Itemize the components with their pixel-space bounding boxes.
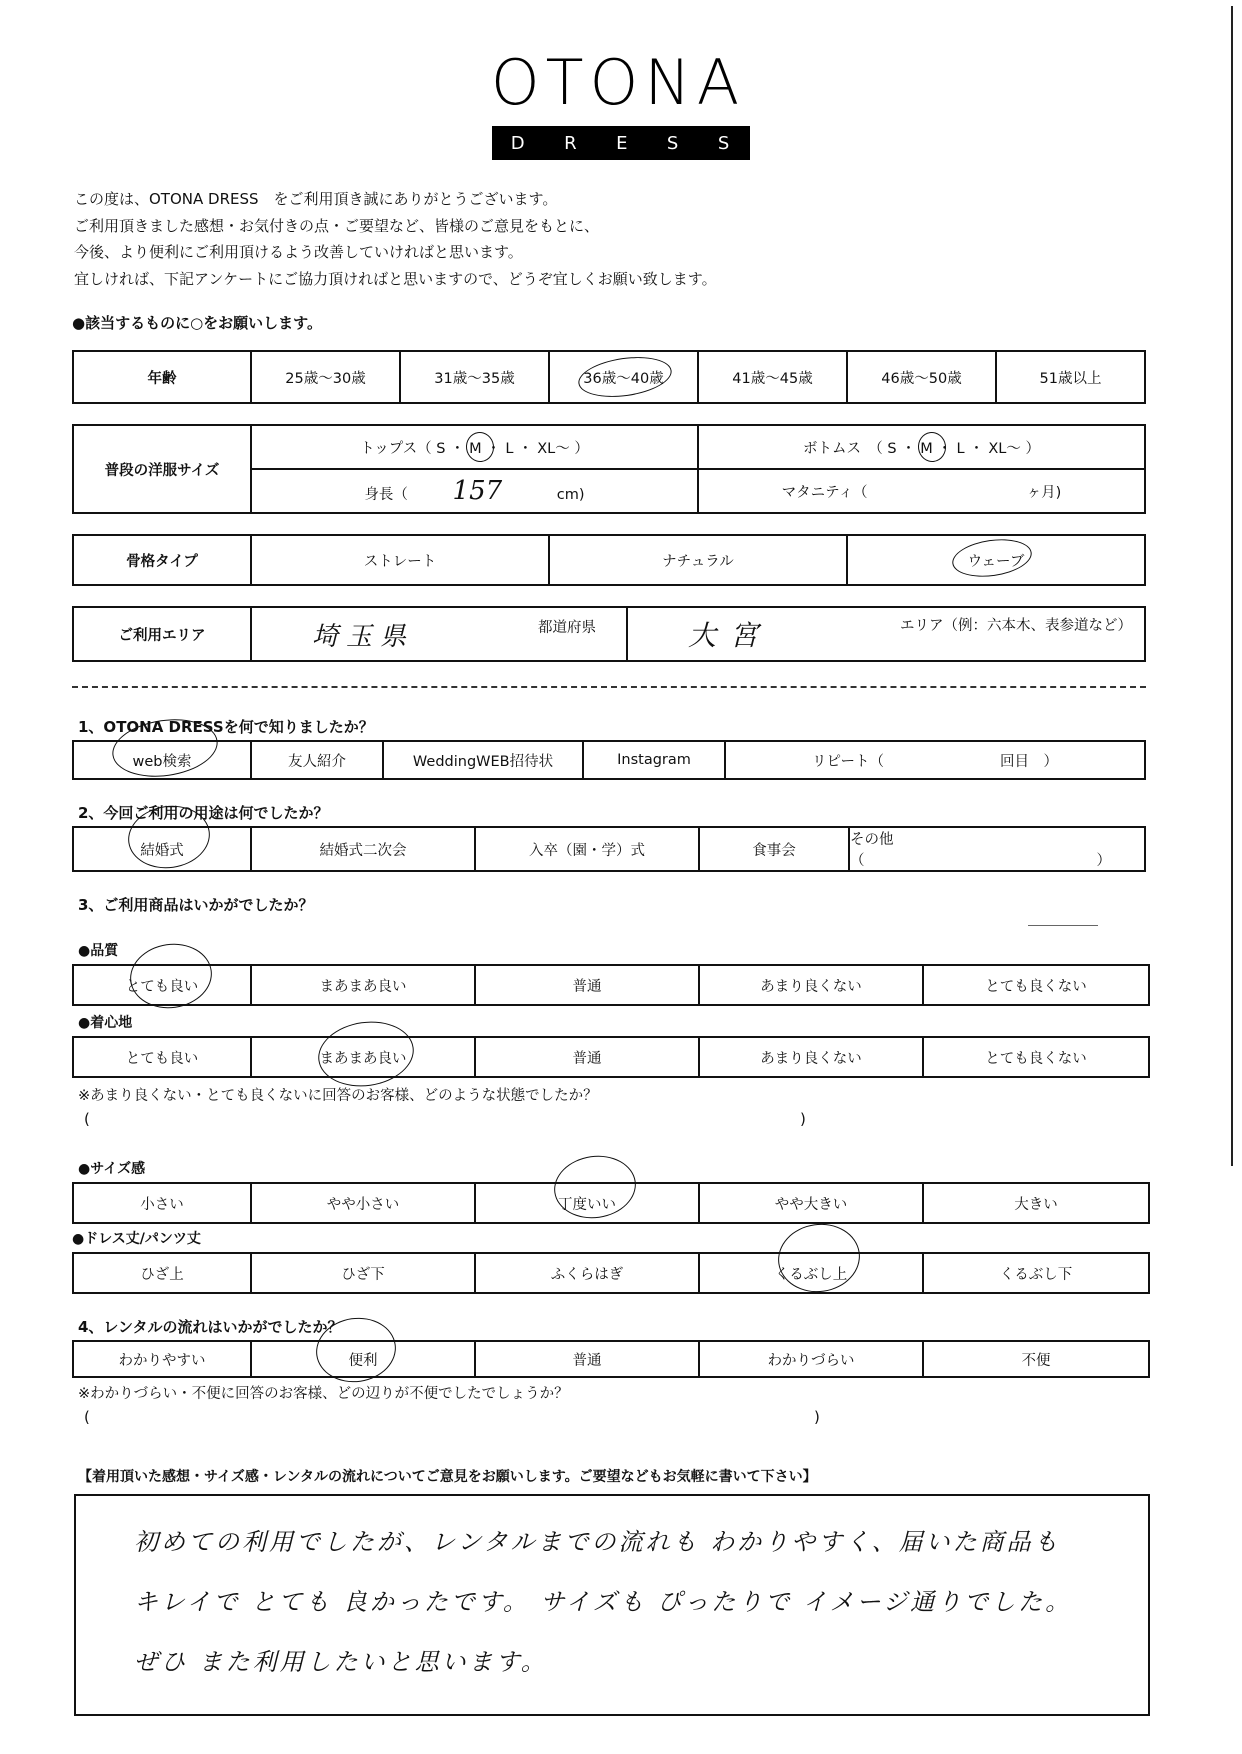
q2-option[interactable]: 結婚式二次会 xyxy=(251,827,475,871)
frame-option[interactable]: ストレート xyxy=(251,535,549,585)
frame-type-label: 骨格タイプ xyxy=(73,535,251,585)
fit-option[interactable]: やや大きい xyxy=(699,1183,923,1223)
comments-heading: 【着用頂いた感想・サイズ感・レンタルの流れについてご意見をお願いします。ご要望な… xyxy=(78,1466,817,1486)
intro-line: 宜しければ、下記アンケートにご協力頂ければと思いますので、どうぞ宜しくお願い致し… xyxy=(74,266,717,293)
comment-line: 初めての利用でしたが、レンタルまでの流れも わかりやすく、届いた商品も xyxy=(134,1522,1061,1557)
instruction-heading: ●該当するものに○をお願いします。 xyxy=(72,312,322,333)
q4-option[interactable]: わかりづらい xyxy=(699,1341,923,1377)
quality-label: ●品質 xyxy=(78,940,118,960)
q4-followup-answer[interactable] xyxy=(100,1408,800,1430)
q1-options-table: web検索 友人紹介 WeddingWEB招待状 Instagram リピート（… xyxy=(72,740,1146,780)
paren-close: ) xyxy=(800,1110,806,1128)
length-option[interactable]: ふくらはぎ xyxy=(475,1253,699,1293)
prefecture-value[interactable]: 埼玉県 xyxy=(312,622,414,652)
fit-label: ●サイズ感 xyxy=(78,1158,145,1178)
section-divider xyxy=(72,686,1146,688)
q3-followup-answer[interactable] xyxy=(100,1110,790,1132)
length-table: ひざ上 ひざ下 ふくらはぎ くるぶし上 くるぶし下 xyxy=(72,1252,1150,1294)
logo-letter: R xyxy=(564,133,579,154)
page-edge-line xyxy=(1231,6,1233,1166)
age-option[interactable]: 31歳～35歳 xyxy=(400,351,549,403)
q4-option[interactable]: 不便 xyxy=(923,1341,1149,1377)
intro-line: ご利用頂きました感想・お気付きの点・ご要望など、皆様のご意見をもとに、 xyxy=(74,213,717,240)
q2-question: 2、今回ご利用の用途は何でしたか？ xyxy=(78,802,328,823)
q1-option[interactable]: Instagram xyxy=(583,741,725,779)
comment-line: ぜひ また利用したいと思います。 xyxy=(134,1642,548,1677)
maternity-field[interactable]: マタニティ（ ヶ月) xyxy=(698,469,1145,513)
age-option[interactable]: 41歳～45歳 xyxy=(698,351,847,403)
q4-followup-note: ※わかりづらい・不便に回答のお客様、どの辺りが不便でしたでしょうか？ xyxy=(78,1382,569,1403)
age-option[interactable]: 51歳以上 xyxy=(996,351,1145,403)
paren-open: ( xyxy=(84,1408,90,1426)
fit-option[interactable]: 大きい xyxy=(923,1183,1149,1223)
logo-letter: S xyxy=(667,133,680,154)
q2-option-selected[interactable]: 結婚式 xyxy=(73,827,251,871)
area-field[interactable]: 大宮 エリア（例：六本木、表参道など） xyxy=(627,607,1145,661)
length-option[interactable]: くるぶし下 xyxy=(923,1253,1149,1293)
length-option[interactable]: ひざ下 xyxy=(251,1253,475,1293)
area-suffix: エリア（例：六本木、表参道など） xyxy=(900,614,1132,635)
q4-options-table: わかりやすい 便利 普通 わかりづらい 不便 xyxy=(72,1340,1150,1378)
age-option-selected[interactable]: 36歳～40歳 xyxy=(549,351,698,403)
q4-option-selected[interactable]: 便利 xyxy=(251,1341,475,1377)
paren-close: ) xyxy=(814,1408,820,1426)
comfort-option[interactable]: とても良くない xyxy=(923,1037,1149,1077)
quality-table: とても良い まあまあ良い 普通 あまり良くない とても良くない xyxy=(72,964,1150,1006)
paren-open: ( xyxy=(84,1110,90,1128)
q2-option[interactable]: 食事会 xyxy=(699,827,849,871)
quality-option[interactable]: とても良くない xyxy=(923,965,1149,1005)
quality-option[interactable]: あまり良くない xyxy=(699,965,923,1005)
maternity-suffix: ヶ月) xyxy=(1027,485,1062,501)
q1-option[interactable]: 友人紹介 xyxy=(251,741,383,779)
tops-size-field[interactable]: トップス（ S ・ M ・ L ・ XL～ ） xyxy=(251,425,698,469)
frame-option[interactable]: ナチュラル xyxy=(549,535,847,585)
age-option[interactable]: 46歳～50歳 xyxy=(847,351,996,403)
q2-option[interactable]: 入卒（園・学）式 xyxy=(475,827,699,871)
age-label: 年齢 xyxy=(73,351,251,403)
height-field[interactable]: 身長（ 157 cm) xyxy=(251,469,698,513)
q2-options-table: 結婚式 結婚式二次会 入卒（園・学）式 食事会 その他（ ） xyxy=(72,826,1146,872)
intro-line: この度は、OTONA DRESS をご利用頂き誠にありがとうございます。 xyxy=(74,186,717,213)
q1-option[interactable]: WeddingWEB招待状 xyxy=(383,741,583,779)
comfort-label: ●着心地 xyxy=(78,1012,132,1032)
length-option-selected[interactable]: くるぶし上 xyxy=(699,1253,923,1293)
brand-logo-otona: OTONA xyxy=(486,52,750,114)
comfort-table: とても良い まあまあ良い 普通 あまり良くない とても良くない xyxy=(72,1036,1150,1078)
area-label: ご利用エリア xyxy=(73,607,251,661)
fit-option-selected[interactable]: 丁度いい xyxy=(475,1183,699,1223)
fit-table: 小さい やや小さい 丁度いい やや大きい 大きい xyxy=(72,1182,1150,1224)
prefecture-field[interactable]: 埼玉県 都道府県 xyxy=(251,607,627,661)
logo-letter: E xyxy=(616,133,629,154)
comments-box[interactable]: 初めての利用でしたが、レンタルまでの流れも わかりやすく、届いた商品も キレイで… xyxy=(74,1494,1150,1716)
height-prefix: 身長（ xyxy=(364,487,408,503)
comfort-option[interactable]: とても良い xyxy=(73,1037,251,1077)
q4-question: 4、レンタルの流れはいかがでしたか？ xyxy=(78,1316,342,1337)
area-value[interactable]: 大宮 xyxy=(688,619,772,652)
prefecture-suffix: 都道府県 xyxy=(538,616,596,637)
height-value[interactable]: 157 xyxy=(453,476,503,506)
q2-option-other[interactable]: その他（ ） xyxy=(849,827,1145,871)
clothing-size-table: 普段の洋服サイズ トップス（ S ・ M ・ L ・ XL～ ） ボトムス （ … xyxy=(72,424,1146,514)
q1-question: 1、OTONA DRESSを何で知りましたか？ xyxy=(78,716,374,737)
logo-letter: D xyxy=(511,133,527,154)
intro-line: 今後、より便利にご利用頂けるよう改善していければと思います。 xyxy=(74,239,717,266)
bottoms-size-field[interactable]: ボトムス （ S ・ M ・ L ・ XL～ ） xyxy=(698,425,1145,469)
length-label: ●ドレス丈/パンツ丈 xyxy=(72,1228,201,1248)
q1-option-repeat[interactable]: リピート（ 回目 ） xyxy=(725,741,1145,779)
q1-option-selected[interactable]: web検索 xyxy=(73,741,251,779)
brand-logo-dress-bar: D R E S S xyxy=(492,126,750,160)
intro-text: この度は、OTONA DRESS をご利用頂き誠にありがとうございます。 ご利用… xyxy=(74,186,717,292)
q4-option[interactable]: わかりやすい xyxy=(73,1341,251,1377)
maternity-prefix: マタニティ（ xyxy=(782,485,868,501)
fit-option[interactable]: やや小さい xyxy=(251,1183,475,1223)
comfort-option[interactable]: 普通 xyxy=(475,1037,699,1077)
q4-option[interactable]: 普通 xyxy=(475,1341,699,1377)
age-table: 年齢 25歳～30歳 31歳～35歳 36歳～40歳 41歳～45歳 46歳～5… xyxy=(72,350,1146,404)
comment-line: キレイで とても 良かったです。 サイズも ぴったりで イメージ通りでした。 xyxy=(134,1582,1072,1617)
area-table: ご利用エリア 埼玉県 都道府県 大宮 エリア（例：六本木、表参道など） xyxy=(72,606,1146,662)
length-option[interactable]: ひざ上 xyxy=(73,1253,251,1293)
quality-option-selected[interactable]: とても良い xyxy=(73,965,251,1005)
quality-option[interactable]: 普通 xyxy=(475,965,699,1005)
comfort-option-selected[interactable]: まあまあ良い xyxy=(251,1037,475,1077)
age-option[interactable]: 25歳～30歳 xyxy=(251,351,400,403)
quality-option[interactable]: まあまあ良い xyxy=(251,965,475,1005)
frame-option-selected[interactable]: ウェーブ xyxy=(847,535,1145,585)
frame-type-table: 骨格タイプ ストレート ナチュラル ウェーブ xyxy=(72,534,1146,586)
logo-letter: S xyxy=(718,133,731,154)
comfort-option[interactable]: あまり良くない xyxy=(699,1037,923,1077)
q3-followup-note: ※あまり良くない・とても良くないに回答のお客様、どのような状態でしたか？ xyxy=(78,1084,598,1105)
height-suffix: cm) xyxy=(557,487,585,503)
q3-question: 3、ご利用商品はいかがでしたか？ xyxy=(78,894,313,915)
fit-option[interactable]: 小さい xyxy=(73,1183,251,1223)
clothing-size-label: 普段の洋服サイズ xyxy=(73,425,251,513)
stray-line xyxy=(1028,925,1098,926)
